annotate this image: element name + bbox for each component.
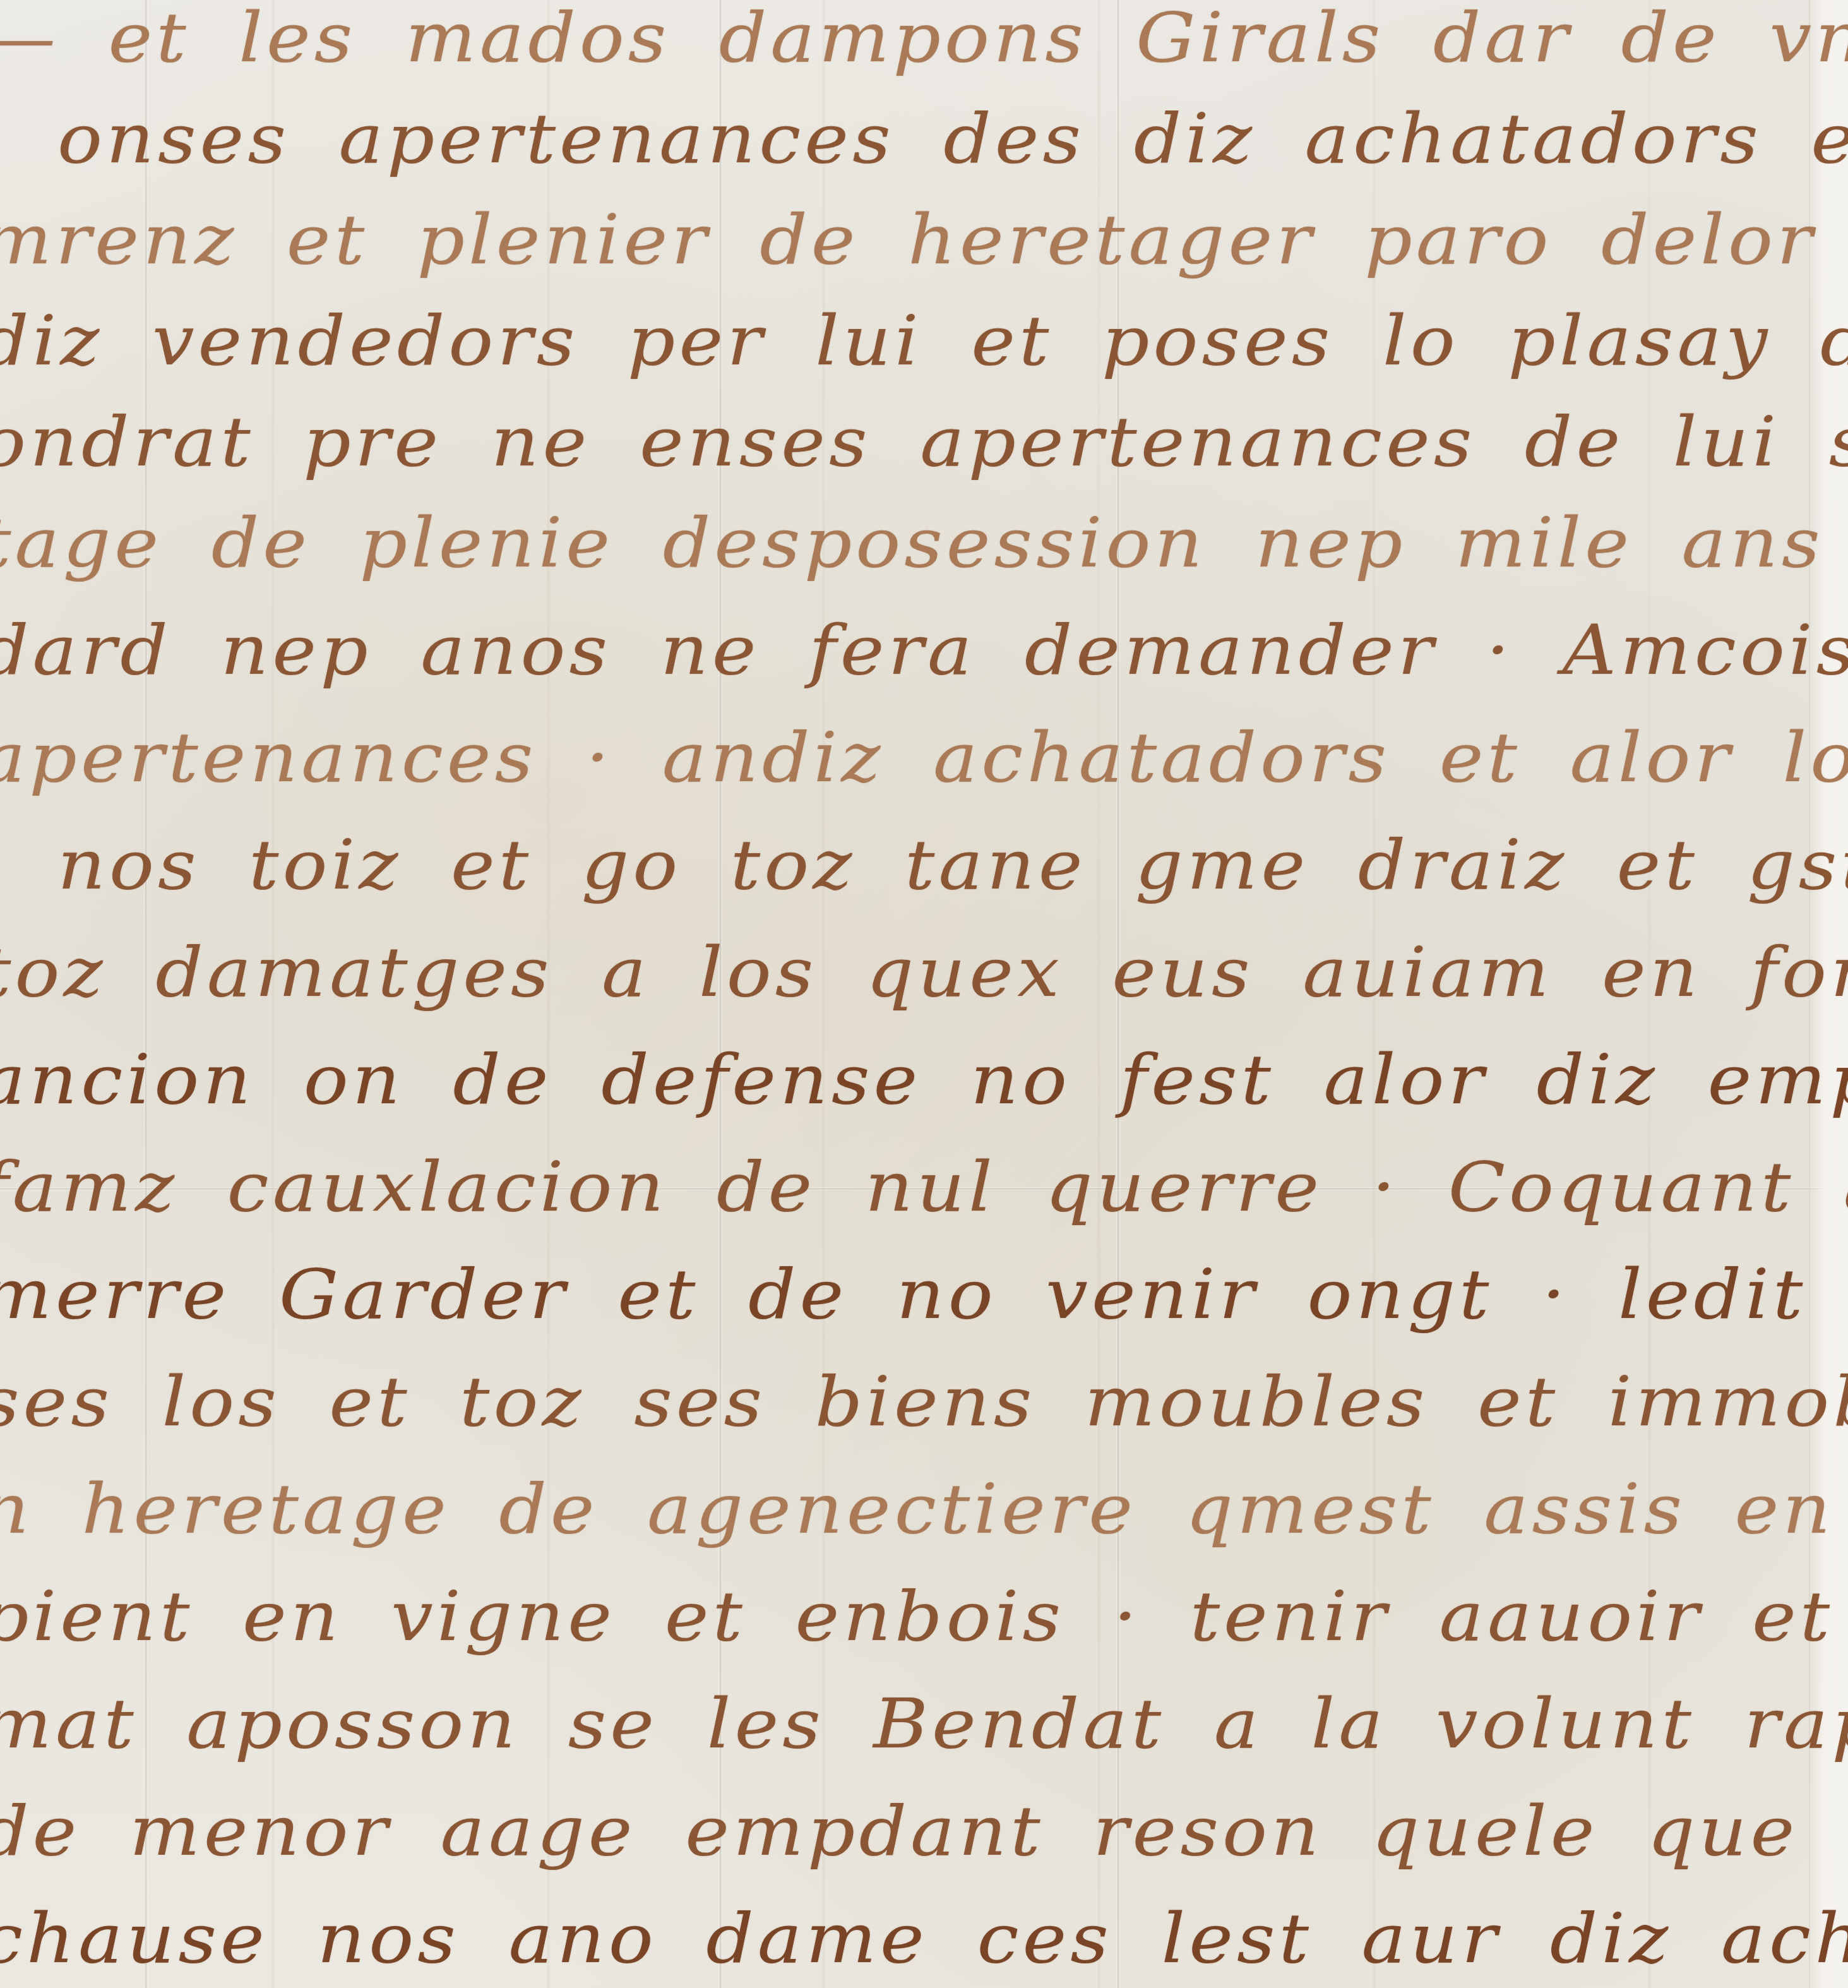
manuscript-line: merre Garder et de no venir ongt · ledit…	[0, 1254, 1848, 1334]
manuscript-line: famz cauxlacion de nul querre · Coquant …	[0, 1147, 1848, 1227]
manuscript-line: toz damatges a los quex eus auiam en fon…	[0, 932, 1848, 1012]
manuscript-line: diz vendedors per lui et poses lo plasay…	[0, 301, 1848, 381]
manuscript-line: ses los et toz ses biens moubles et immo…	[0, 1362, 1848, 1442]
manuscript-line: ondrat pre ne enses apertenances de lui …	[0, 402, 1848, 482]
manuscript-line: de menor aage empdant reson quele que ce…	[0, 1791, 1848, 1871]
manuscript-line: mrenz et plenier de heretager paro delor…	[0, 200, 1848, 280]
manuscript-line: — et les mados dampons Girals dar de vne…	[0, 0, 1848, 77]
manuscript-line: dard nep anos ne fera demander · Amcois …	[0, 610, 1848, 690]
manuscript-line: · nos toiz et go toz tane gme draiz et g…	[0, 825, 1848, 905]
manuscript-line: ancion on de defense no fest alor diz em…	[0, 1039, 1848, 1120]
manuscript-line: pient en vigne et enbois · tenir aauoir …	[0, 1576, 1833, 1656]
manuscript-line: chause nos ano dame ces lest aur diz ach…	[0, 1898, 1848, 1979]
manuscript-line: mat aposson se les Bendat a la volunt ra…	[0, 1684, 1848, 1764]
manuscript-line: apertenances · andiz achatadors et alor …	[0, 717, 1848, 798]
manuscript-text-block: — et les mados dampons Girals dar de vne…	[0, 0, 1848, 1988]
manuscript-line: tage de plenie desposession nep mile ans…	[0, 503, 1848, 583]
manuscript-line: n heretage de agenectiere qmest assis en…	[0, 1469, 1848, 1549]
manuscript-line: · onses apertenances des diz achatadors …	[0, 99, 1848, 179]
